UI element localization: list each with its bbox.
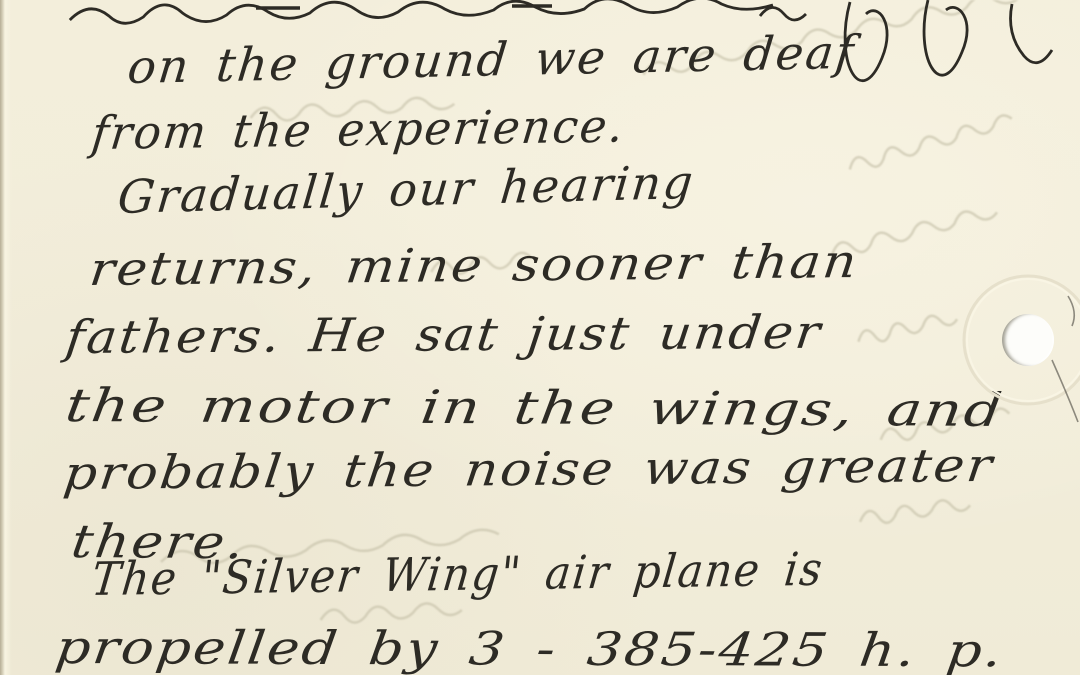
handwritten-line: propelled by 3 - 385-425 h. p. <box>53 620 1008 675</box>
stray-ink-marks <box>1052 296 1078 422</box>
handwritten-line: fathers. He sat just under <box>63 305 825 364</box>
handwritten-line: from the experience. <box>89 99 628 161</box>
punch-hole <box>1002 314 1054 366</box>
handwritten-line: The "Silver Wing" air plane is <box>89 542 826 606</box>
paper-page: on the ground we are deaf from the exper… <box>0 0 1080 675</box>
handwritten-line: Gradually our hearing <box>115 155 697 224</box>
handwritten-line: the motor in the wings, and <box>63 378 1008 437</box>
handwritten-line: returns, mine sooner than <box>87 234 862 296</box>
handwritten-line: on the ground we are deaf <box>125 25 858 94</box>
handwritten-line: probably the noise was greater <box>61 438 997 500</box>
paper-left-edge <box>0 0 12 675</box>
